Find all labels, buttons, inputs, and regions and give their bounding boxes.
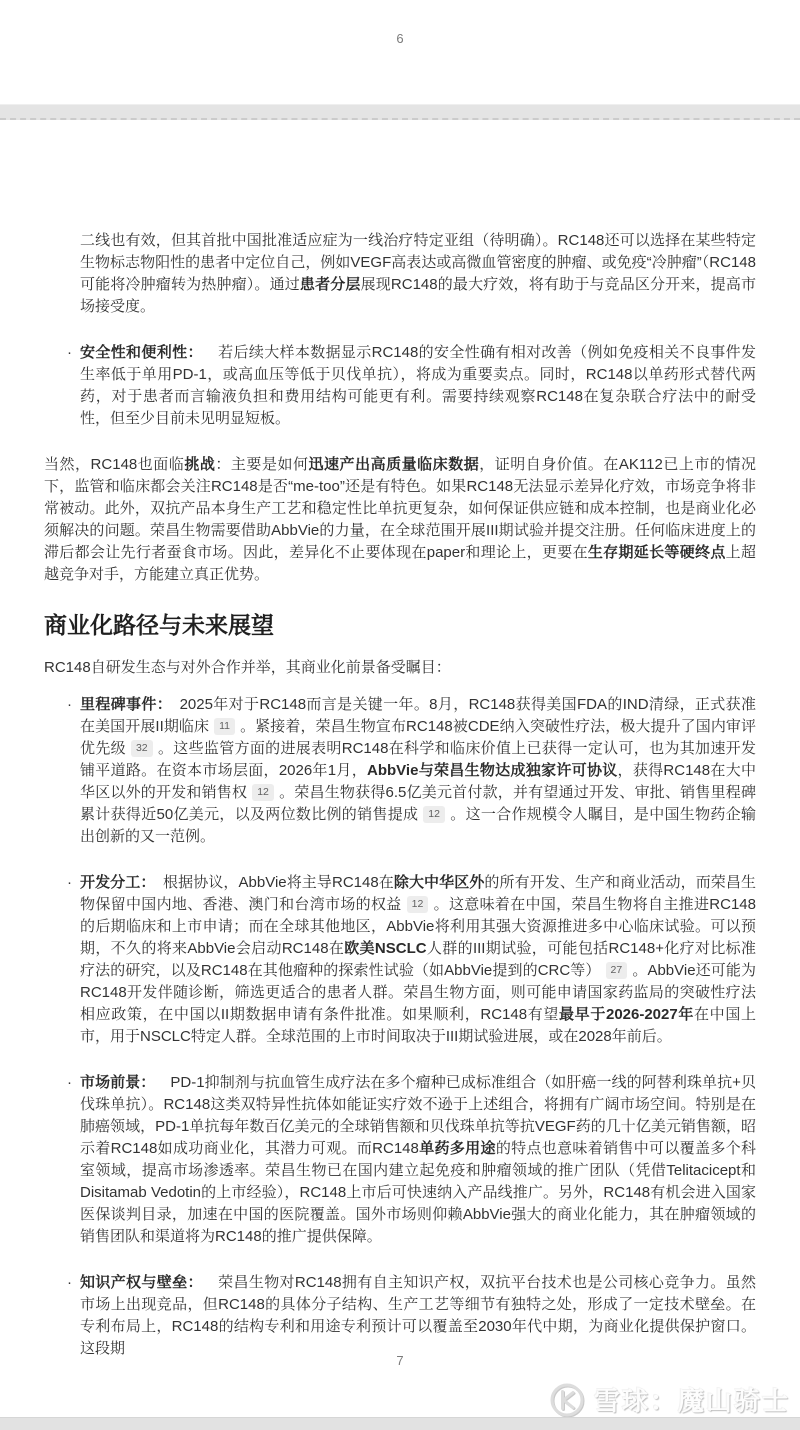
bullet-marker: · — [67, 342, 72, 364]
emphasis-text: 患者分层 — [300, 276, 361, 293]
bullet-text: 安全性和便利性： 若后续大样本数据显示RC148的安全性确有相对改善（例如免疫相… — [80, 342, 756, 430]
bullet-text: 市场前景： PD-1抑制剂与抗血管生成疗法在多个瘤种已成标准组合（如肝癌一线的阿… — [80, 1072, 756, 1248]
citation-ref[interactable]: 12 — [407, 896, 429, 913]
bullet-label: 市场前景： — [80, 1074, 155, 1091]
bullet-marker: · — [67, 1072, 72, 1094]
bullet-marker: · — [67, 694, 72, 716]
bullet-label: 知识产权与壁垒： — [80, 1274, 203, 1291]
body-text: 根据协议，AbbVie将主导RC148在 — [155, 874, 393, 891]
emphasis-text: 挑战 — [184, 456, 215, 473]
emphasis-text: 除大中华区外 — [394, 874, 485, 891]
bullet-label: 里程碑事件： — [80, 696, 172, 713]
bullet-body: PD-1抑制剂与抗血管生成疗法在多个瘤种已成标准组合（如肝癌一线的阿替利珠单抗+… — [80, 1074, 756, 1245]
snowball-logo-icon — [549, 1382, 585, 1418]
bullet-text: 知识产权与壁垒： 荣昌生物对RC148拥有自主知识产权，双抗平台技术也是公司核心… — [80, 1272, 756, 1360]
page-6-footer: 6 — [0, 0, 800, 104]
citation-ref[interactable]: 11 — [214, 718, 235, 735]
document-viewer: 6 二线也有效，但其首批中国批准适应症为一线治疗特定亚组（待明确）。RC148还… — [0, 0, 800, 1430]
paragraph-continuation: 二线也有效，但其首批中国批准适应症为一线治疗特定亚组（待明确）。RC148还可以… — [80, 230, 756, 318]
bullet-marker: · — [67, 872, 72, 894]
citation-ref[interactable]: 12 — [423, 806, 445, 823]
section-heading: 商业化路径与未来展望 — [44, 610, 756, 641]
bullet-body: 2025年对于RC148而言是关键一年。8月，RC148获得美国FDA的IND清… — [80, 696, 756, 845]
page-divider — [0, 104, 800, 120]
bullet-text: 开发分工： 根据协议，AbbVie将主导RC148在除大中华区外的所有开发、生产… — [80, 872, 756, 1048]
page-7-footer: 7 — [0, 1352, 800, 1370]
emphasis-text: AbbVie与荣昌生物达成独家许可协议 — [367, 762, 618, 779]
emphasis-text: 迅速产出高质量临床数据 — [309, 456, 480, 473]
bullet-body: 根据协议，AbbVie将主导RC148在除大中华区外的所有开发、生产和商业活动，… — [80, 874, 756, 1045]
list-item-safety: · 安全性和便利性： 若后续大样本数据显示RC148的安全性确有相对改善（例如免… — [44, 342, 756, 430]
page-7-content: 二线也有效，但其首批中国批准适应症为一线治疗特定亚组（待明确）。RC148还可以… — [0, 120, 800, 1360]
bullet-label: 开发分工： — [80, 874, 155, 891]
list-item-development-split: · 开发分工： 根据协议，AbbVie将主导RC148在除大中华区外的所有开发、… — [44, 872, 756, 1048]
bullet-label: 安全性和便利性： — [80, 344, 203, 361]
body-text: ：主要是如何 — [215, 456, 308, 473]
page-number-current: 7 — [396, 1353, 403, 1368]
citation-ref[interactable]: 32 — [131, 740, 153, 757]
emphasis-text: 最早于2026-2027年 — [559, 1006, 694, 1023]
watermark: 雪球：魔山骑士 — [549, 1381, 790, 1418]
emphasis-text: 单药多用途 — [419, 1140, 496, 1157]
citation-ref[interactable]: 27 — [606, 962, 628, 979]
citation-ref[interactable]: 12 — [252, 784, 274, 801]
list-item-market-outlook: · 市场前景： PD-1抑制剂与抗血管生成疗法在多个瘤种已成标准组合（如肝癌一线… — [44, 1072, 756, 1248]
emphasis-text: 欧美NSCLC — [344, 940, 426, 957]
list-item-milestones: · 里程碑事件： 2025年对于RC148而言是关键一年。8月，RC148获得美… — [44, 694, 756, 848]
page-number-previous: 6 — [396, 31, 403, 46]
next-page-edge — [0, 1417, 800, 1430]
body-text: 当然，RC148也面临 — [44, 456, 184, 473]
bullet-text: 里程碑事件： 2025年对于RC148而言是关键一年。8月，RC148获得美国F… — [80, 694, 756, 848]
emphasis-text: 生存期延长等硬终点 — [588, 544, 726, 561]
bullet-marker: · — [67, 1272, 72, 1294]
list-item-ip-moat: · 知识产权与壁垒： 荣昌生物对RC148拥有自主知识产权，双抗平台技术也是公司… — [44, 1272, 756, 1360]
watermark-text: 雪球：魔山骑士 — [594, 1381, 790, 1418]
paragraph-challenge: 当然，RC148也面临挑战：主要是如何迅速产出高质量临床数据，证明自身价值。在A… — [44, 454, 756, 586]
section-intro: RC148自研发生态与对外合作并举，其商业化前景备受瞩目： — [44, 657, 756, 679]
